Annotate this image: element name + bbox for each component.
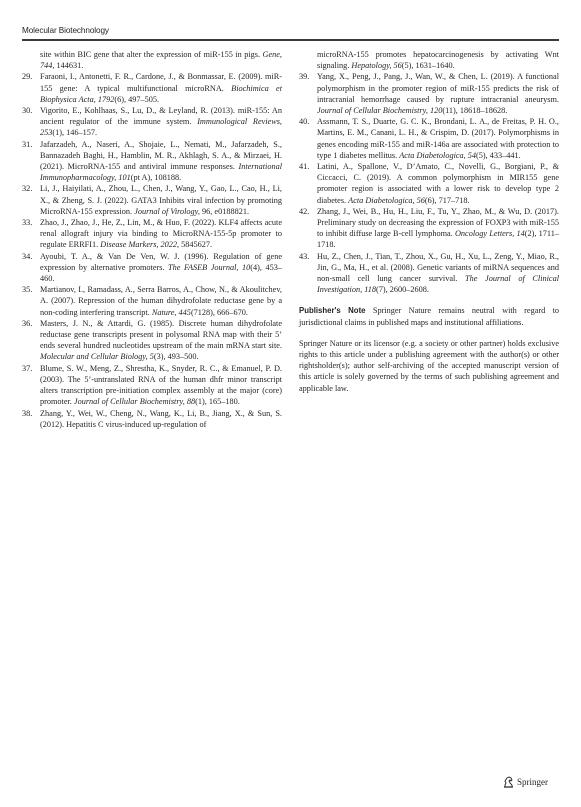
reference-item: 36.Masters, J. N., & Attardi, G. (1985).… bbox=[22, 318, 282, 363]
reference-tail: (7), 2600–2608. bbox=[376, 285, 429, 294]
reference-journal: Acta Diabetologica, 56 bbox=[348, 196, 425, 205]
reference-continuation: site within BIC gene that alter the expr… bbox=[22, 49, 282, 71]
reference-tail: (3), 493–500. bbox=[154, 352, 199, 361]
reference-number: 34. bbox=[22, 251, 32, 262]
reference-tail: (11), 18618–18628. bbox=[442, 106, 507, 115]
reference-item: 34.Ayoubi, T. A., & Van De Ven, W. J. (1… bbox=[22, 251, 282, 285]
reference-tail: 96, e0188821. bbox=[200, 207, 249, 216]
reference-number: 36. bbox=[22, 318, 32, 329]
reference-tail: (6), 717–718. bbox=[425, 196, 470, 205]
reference-continuation: microRNA-155 promotes hepatocarcinogenes… bbox=[299, 49, 559, 71]
reference-tail: (1), 146–157. bbox=[52, 128, 97, 137]
reference-number: 37. bbox=[22, 363, 32, 374]
right-column: microRNA-155 promotes hepatocarcinogenes… bbox=[299, 49, 559, 402]
reference-item: 38.Zhang, Y., Wei, W., Cheng, N., Wang, … bbox=[22, 408, 282, 430]
reference-number: 43. bbox=[299, 251, 309, 262]
reference-text: Masters, J. N., & Attardi, G. (1985). Di… bbox=[40, 319, 282, 350]
publishers-note-label: Publisher's Note bbox=[299, 306, 366, 315]
reference-number: 32. bbox=[22, 183, 32, 194]
reference-tail: (7128), 666–670. bbox=[191, 308, 248, 317]
reference-item: 31.Jafarzadeh, A., Naseri, A., Shojaie, … bbox=[22, 139, 282, 184]
reference-item: 40.Assmann, T. S., Duarte, G. C. K., Bro… bbox=[299, 116, 559, 161]
publisher-name: Springer bbox=[517, 777, 548, 787]
reference-item: 35.Martianov, I., Ramadass, A., Serra Ba… bbox=[22, 284, 282, 318]
reference-item: 39.Yang, X., Peng, J., Pang, J., Wan, W.… bbox=[299, 71, 559, 116]
reference-journal: Hepatology, 56 bbox=[351, 61, 401, 70]
reference-number: 29. bbox=[22, 71, 32, 82]
reference-tail: , 5845627. bbox=[177, 240, 212, 249]
reference-text: site within BIC gene that alter the expr… bbox=[40, 50, 263, 59]
reference-number: 31. bbox=[22, 139, 32, 150]
reference-text: Zhang, Y., Wei, W., Cheng, N., Wang, K.,… bbox=[40, 409, 282, 429]
publishers-note: Publisher's Note Springer Nature remains… bbox=[299, 305, 559, 327]
reference-journal: Oncology Letters, 14 bbox=[455, 229, 525, 238]
reference-journal: Molecular and Cellular Biology, 5 bbox=[40, 352, 154, 361]
reference-tail: (5), 433–441. bbox=[476, 151, 521, 160]
reference-number: 39. bbox=[299, 71, 309, 82]
reference-item: 32.Li, J., Haiyilati, A., Zhou, L., Chen… bbox=[22, 183, 282, 217]
reference-journal: The FASEB Journal, 10 bbox=[168, 263, 250, 272]
reference-number: 41. bbox=[299, 161, 309, 172]
reference-number: 35. bbox=[22, 284, 32, 295]
reference-number: 38. bbox=[22, 408, 32, 419]
reference-item: 30.Vigorito, E., Kohlhaas, S., Lu, D., &… bbox=[22, 105, 282, 139]
reference-journal: Nature, 445 bbox=[152, 308, 191, 317]
publisher-footer: Springer bbox=[503, 776, 548, 788]
reference-tail: , 144631. bbox=[52, 61, 83, 70]
header-rule bbox=[22, 39, 559, 41]
reference-item: 33.Zhao, J., Zhao, J., He, Z., Lin, M., … bbox=[22, 217, 282, 251]
springer-horse-icon bbox=[503, 776, 514, 788]
reference-number: 42. bbox=[299, 206, 309, 217]
reference-journal: Journal of Virology, bbox=[134, 207, 200, 216]
journal-header: Molecular Biotechnology bbox=[22, 26, 109, 35]
reference-journal: Journal of Cellular Biochemistry, 120 bbox=[317, 106, 442, 115]
reference-tail: (5), 1631–1640. bbox=[402, 61, 455, 70]
reference-item: 43.Hu, Z., Chen, J., Tian, T., Zhou, X.,… bbox=[299, 251, 559, 296]
rights-statement: Springer Nature or its licensor (e.g. a … bbox=[299, 338, 559, 394]
reference-item: 37.Blume, S. W., Meng, Z., Shrestha, K.,… bbox=[22, 363, 282, 408]
reference-tail: (6), 497–505. bbox=[114, 95, 159, 104]
reference-item: 41.Latini, A., Spallone, V., D’Amato, C.… bbox=[299, 161, 559, 206]
reference-journal: Disease Markers, 2022 bbox=[100, 240, 177, 249]
reference-number: 40. bbox=[299, 116, 309, 127]
reference-tail: (pt A), 108188. bbox=[131, 173, 181, 182]
reference-item: 29.Faraoni, I., Antonetti, F. R., Cardon… bbox=[22, 71, 282, 105]
reference-number: 33. bbox=[22, 217, 32, 228]
reference-journal: Acta Diabetologica, 54 bbox=[399, 151, 476, 160]
reference-text: Yang, X., Peng, J., Pang, J., Wan, W., &… bbox=[317, 72, 559, 103]
reference-number: 30. bbox=[22, 105, 32, 116]
reference-tail: (1), 165–180. bbox=[195, 397, 240, 406]
reference-item: 42.Zhang, J., Wei, B., Hu, H., Liu, F., … bbox=[299, 206, 559, 251]
reference-journal: Journal of Cellular Biochemistry, 88 bbox=[74, 397, 195, 406]
left-column: site within BIC gene that alter the expr… bbox=[22, 49, 282, 430]
